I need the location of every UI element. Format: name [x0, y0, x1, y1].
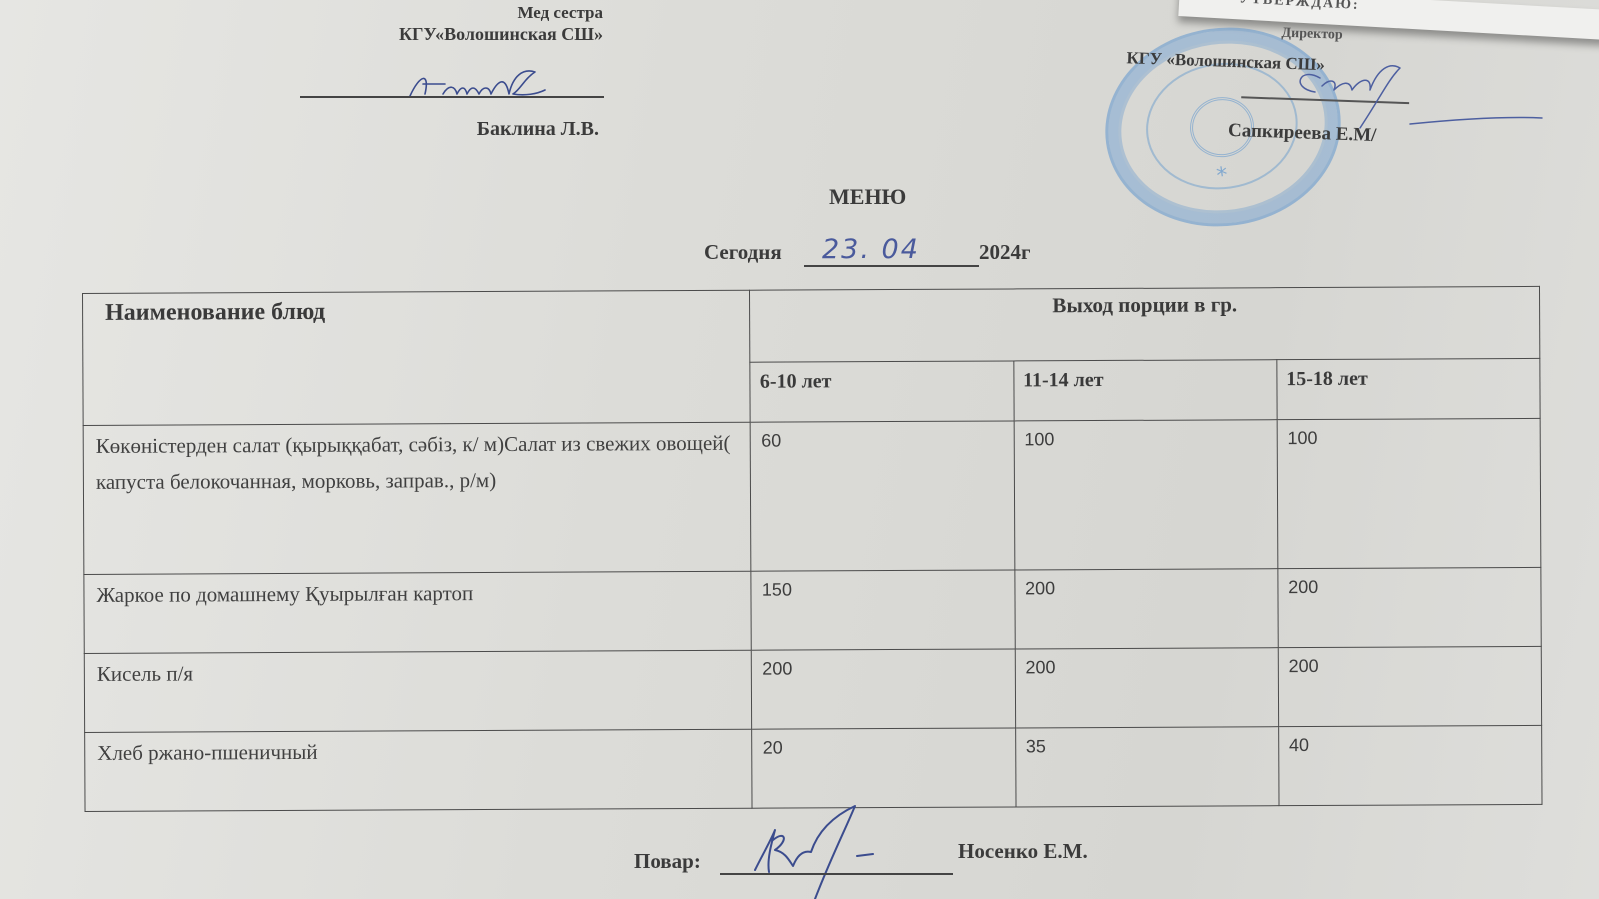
dish-name: Хлеб ржано-пшеничный: [85, 729, 753, 811]
table-row: Кисель п/я 200 200 200: [84, 646, 1541, 732]
age-group-header: 6-10 лет: [750, 361, 1013, 422]
portion-value: 200: [752, 649, 1016, 729]
portion-yield-header: Выход порции в гр.: [750, 286, 1540, 362]
portion-value: 100: [1277, 418, 1541, 568]
nurse-signature: [405, 64, 555, 104]
cook-label: Повар:: [634, 849, 701, 874]
portion-value: 40: [1278, 725, 1542, 805]
portion-value: 60: [751, 421, 1015, 571]
menu-title: МЕНЮ: [829, 184, 906, 210]
portion-value: 200: [1015, 648, 1279, 728]
dish-name: Кисель п/я: [84, 650, 752, 732]
director-signature: [1260, 58, 1550, 138]
portion-value: 200: [1278, 567, 1542, 647]
handwritten-date: 23. 04: [822, 234, 920, 265]
portion-value: 100: [1014, 420, 1278, 570]
dish-name-header: Наименование блюд: [83, 290, 751, 425]
portion-value: 35: [1015, 727, 1279, 807]
cook-signature-line: [720, 873, 953, 875]
portion-value: 200: [1014, 569, 1278, 649]
nurse-name: Баклина Л.В.: [477, 118, 599, 141]
date-year: 2024г: [979, 240, 1031, 265]
age-group-header: 15-18 лет: [1277, 358, 1541, 419]
nurse-organization: КГУ«Волошинская СШ»: [399, 24, 603, 45]
director-role: Директор: [1281, 26, 1343, 44]
age-group-header: 11-14 лет: [1013, 360, 1276, 421]
date-underline: [804, 265, 979, 267]
dish-name: Жаркое по домашнему Қуырылған картоп: [84, 571, 752, 653]
menu-table-container: Наименование блюд Выход порции в гр. 6-1…: [82, 286, 1547, 809]
portion-value: 150: [751, 570, 1015, 650]
portion-value: 200: [1278, 646, 1542, 726]
approval-header: УТВЕРЖДАЮ:: [1239, 0, 1360, 14]
cook-signature: [745, 800, 885, 899]
date-label: Сегодня: [704, 240, 782, 265]
table-row: Көкөністерден салат (қырыққабат, сәбіз, …: [83, 418, 1541, 574]
dish-name: Көкөністерден салат (қырыққабат, сәбіз, …: [83, 422, 751, 574]
table-row: Хлеб ржано-пшеничный 20 35 40: [85, 725, 1542, 811]
table-row: Жаркое по домашнему Қуырылған картоп 150…: [84, 567, 1541, 653]
cook-name: Носенко Е.М.: [958, 839, 1088, 864]
menu-table: Наименование блюд Выход порции в гр. 6-1…: [82, 286, 1543, 812]
nurse-signature-line: [300, 96, 604, 98]
nurse-role: Мед сестра: [517, 3, 603, 23]
portion-value: 20: [752, 728, 1016, 808]
